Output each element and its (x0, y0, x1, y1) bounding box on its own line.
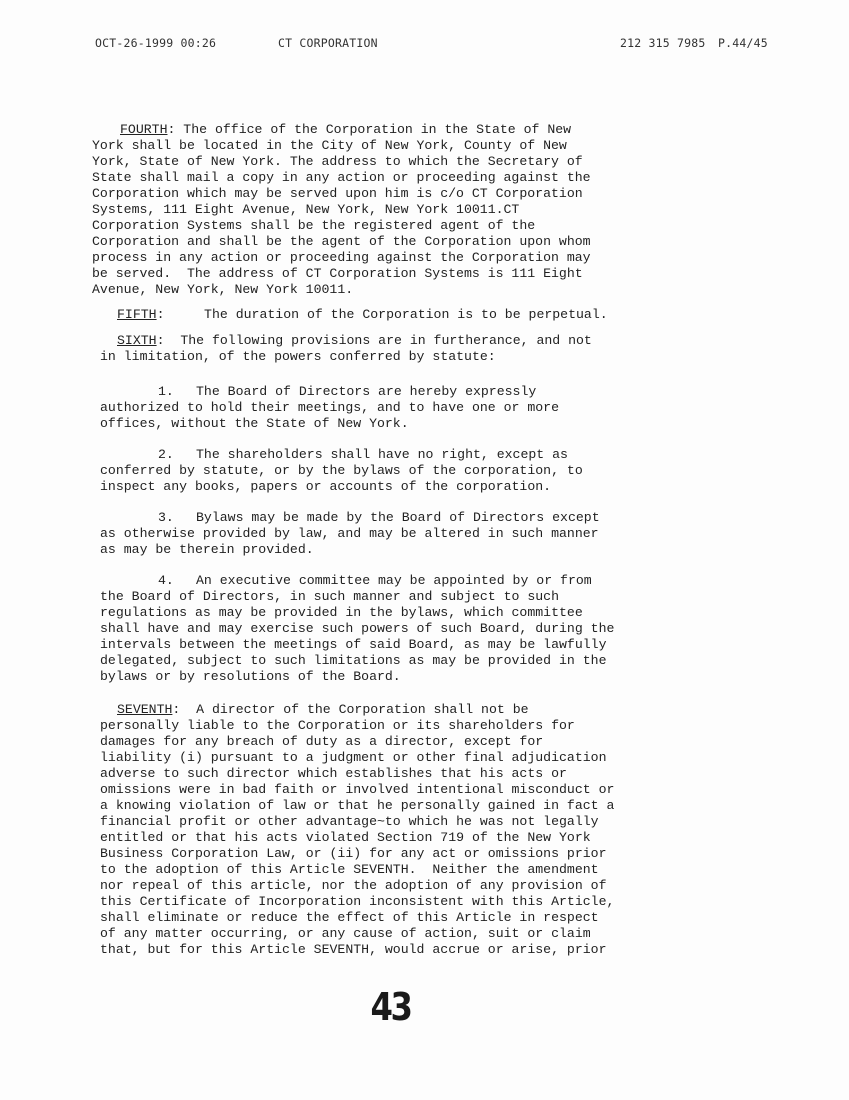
article-fourth-line: FOURTH: The office of the Corporation in… (120, 122, 571, 138)
article-seventh-line: nor repeal of this article, nor the adop… (100, 878, 606, 894)
article-fourth-line: Systems, 111 Eight Avenue, New York, New… (92, 202, 519, 218)
article-heading: SIXTH (117, 333, 157, 348)
article-heading: FOURTH (120, 122, 167, 137)
document-page: OCT-26-1999 00:26 CT CORPORATION 212 315… (0, 0, 849, 1100)
provision-line: as may be therein provided. (100, 542, 314, 558)
provision-line: conferred by statute, or by the bylaws o… (100, 463, 583, 479)
article-seventh-line: financial profit or other advantage~to w… (100, 814, 599, 830)
provision-line: The Board of Directors are hereby expres… (196, 384, 536, 400)
provision-number: 1. (158, 384, 174, 400)
provision-line: offices, without the State of New York. (100, 416, 409, 432)
fax-page-count: P.44/45 (718, 36, 768, 50)
provision-line: delegated, subject to such limitations a… (100, 653, 606, 669)
article-fourth-line: Avenue, New York, New York 10011. (92, 282, 353, 298)
provision-line: intervals between the meetings of said B… (100, 637, 606, 653)
provision-line: shall have and may exercise such powers … (100, 621, 614, 637)
article-fourth-line: Corporation which may be served upon him… (92, 186, 583, 202)
provision-line: bylaws or by resolutions of the Board. (100, 669, 401, 685)
article-seventh-line: entitled or that his acts violated Secti… (100, 830, 591, 846)
article-seventh-line: a knowing violation of law or that he pe… (100, 798, 614, 814)
fax-date-time: OCT-26-1999 00:26 (95, 36, 216, 50)
article-seventh-line: SEVENTH: A director of the Corporation s… (117, 702, 529, 718)
handwritten-page-number: 43 (371, 985, 411, 1029)
provision-number: 2. (158, 447, 174, 463)
provision-number: 3. (158, 510, 174, 526)
provision-number: 4. (158, 573, 174, 589)
provision-line: regulations as may be provided in the by… (100, 605, 583, 621)
article-seventh-line: adverse to such director which establish… (100, 766, 567, 782)
article-heading: SEVENTH (117, 702, 172, 717)
article-fourth-line: process in any action or proceeding agai… (92, 250, 591, 266)
provision-line: as otherwise provided by law, and may be… (100, 526, 599, 542)
article-seventh-line: omissions were in bad faith or involved … (100, 782, 614, 798)
article-seventh-line: liability (i) pursuant to a judgment or … (100, 750, 606, 766)
article-seventh-line: to the adoption of this Article SEVENTH.… (100, 862, 599, 878)
fax-phone: 212 315 7985 (620, 36, 705, 50)
fax-sender: CT CORPORATION (278, 36, 378, 50)
provision-line: authorized to hold their meetings, and t… (100, 400, 559, 416)
article-sixth-line: SIXTH: The following provisions are in f… (117, 333, 592, 349)
article-seventh-line: that, but for this Article SEVENTH, woul… (100, 942, 606, 958)
article-seventh-line: damages for any breach of duty as a dire… (100, 734, 543, 750)
provision-line: the Board of Directors, in such manner a… (100, 589, 559, 605)
provision-line: Bylaws may be made by the Board of Direc… (196, 510, 600, 526)
article-fourth-line: be served. The address of CT Corporation… (92, 266, 583, 282)
article-fourth-line: Corporation Systems shall be the registe… (92, 218, 535, 234)
article-fourth-line: State shall mail a copy in any action or… (92, 170, 591, 186)
article-fourth-line: York, State of New York. The address to … (92, 154, 583, 170)
article-seventh-line: shall eliminate or reduce the effect of … (100, 910, 599, 926)
provision-line: The shareholders shall have no right, ex… (196, 447, 568, 463)
article-seventh-line: Business Corporation Law, or (ii) for an… (100, 846, 606, 862)
provision-line: An executive committee may be appointed … (196, 573, 592, 589)
article-fourth-line: Corporation and shall be the agent of th… (92, 234, 591, 250)
article-fourth-line: York shall be located in the City of New… (92, 138, 567, 154)
article-seventh-line: of any matter occurring, or any cause of… (100, 926, 591, 942)
article-sixth-line: in limitation, of the powers conferred b… (100, 349, 496, 365)
article-heading: FIFTH (117, 307, 157, 322)
article-seventh-line: this Certificate of Incorporation incons… (100, 894, 614, 910)
article-fifth-line: FIFTH: The duration of the Corporation i… (117, 307, 608, 323)
article-seventh-line: personally liable to the Corporation or … (100, 718, 575, 734)
provision-line: inspect any books, papers or accounts of… (100, 479, 551, 495)
